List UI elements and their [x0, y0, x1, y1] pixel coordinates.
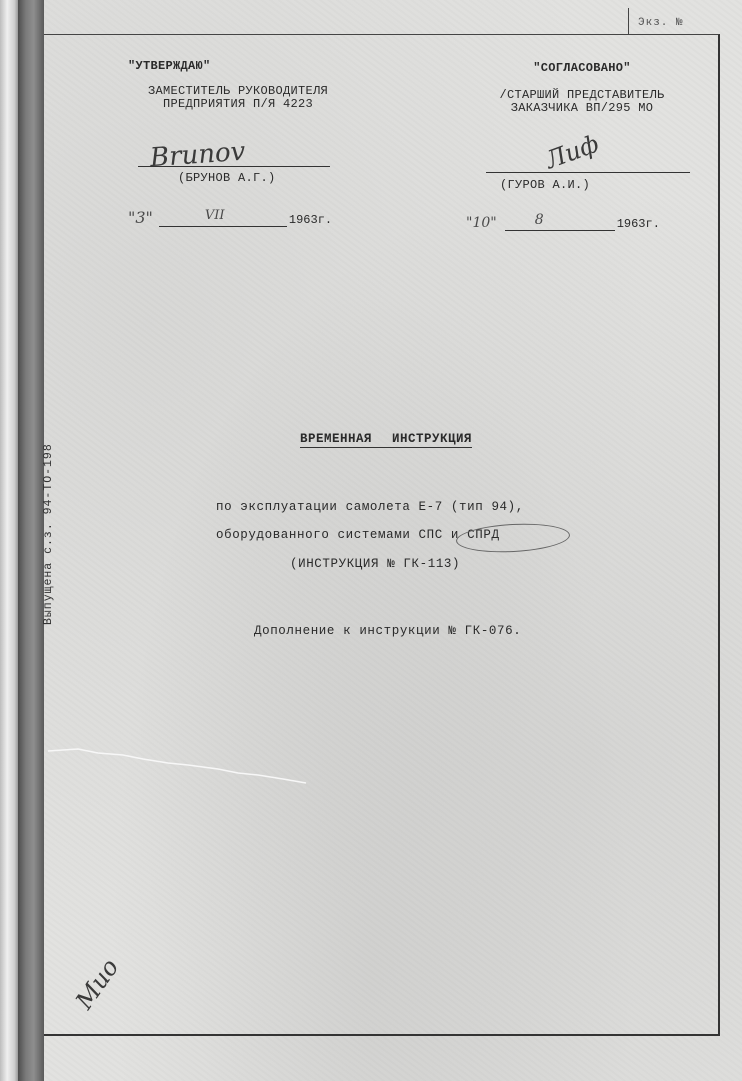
copy-number-label: Экз. № [638, 17, 684, 29]
document-page: Экз. № "УТВЕРЖДАЮ" ЗАМЕСТИТЕЛЬ РУКОВОДИТ… [0, 0, 742, 1081]
agreed-date-year: 1963г. [617, 217, 660, 231]
approved-date-year: 1963г. [289, 213, 332, 227]
approved-title: "УТВЕРЖДАЮ" [108, 60, 368, 73]
approved-date: "3" VII 1963г. [128, 208, 332, 227]
paper-crease [48, 745, 308, 785]
agreed-title: "СОГЛАСОВАНО" [462, 62, 702, 75]
body-line-1: по эксплуатации самолета Е-7 (тип 94), [216, 500, 524, 514]
agreed-signature-line [486, 172, 690, 173]
approved-name: (БРУНОВ А.Г.) [178, 172, 298, 185]
approved-block: "УТВЕРЖДАЮ" ЗАМЕСТИТЕЛЬ РУКОВОДИТЕЛЯ ПРЕ… [108, 60, 368, 111]
document-title: ВРЕМЕННАЯ ИНСТРУКЦИЯ [300, 432, 472, 448]
agreed-date-day: "10" [466, 215, 497, 231]
binding-edge [0, 0, 18, 1081]
approved-date-month: VII [205, 208, 225, 223]
agreed-name: (ГУРОВ А.И.) [500, 179, 630, 192]
approved-signature-line [138, 166, 330, 167]
binding-spine [18, 0, 44, 1081]
supplement-line: Дополнение к инструкции № ГК-076. [254, 624, 521, 638]
agreed-position-2: ЗАКАЗЧИКА ВП/295 МО [462, 102, 702, 115]
approved-position-2: ПРЕДПРИЯТИЯ П/Я 4223 [108, 98, 368, 111]
agreed-date: "10" 8 1963г. [466, 212, 660, 231]
body-line-3: (ИНСТРУКЦИЯ № ГК-113) [290, 557, 460, 571]
release-stamp: Выпущена с.з. 94-ТО-198 [42, 443, 55, 625]
approved-date-day: "3" [128, 208, 153, 227]
approved-date-month-field: VII [159, 208, 287, 227]
agreed-date-month-field: 8 [505, 212, 615, 231]
agreed-date-month: 8 [535, 212, 544, 228]
agreed-block: "СОГЛАСОВАНО" /СТАРШИЙ ПРЕДСТАВИТЕЛЬ ЗАК… [462, 62, 702, 115]
